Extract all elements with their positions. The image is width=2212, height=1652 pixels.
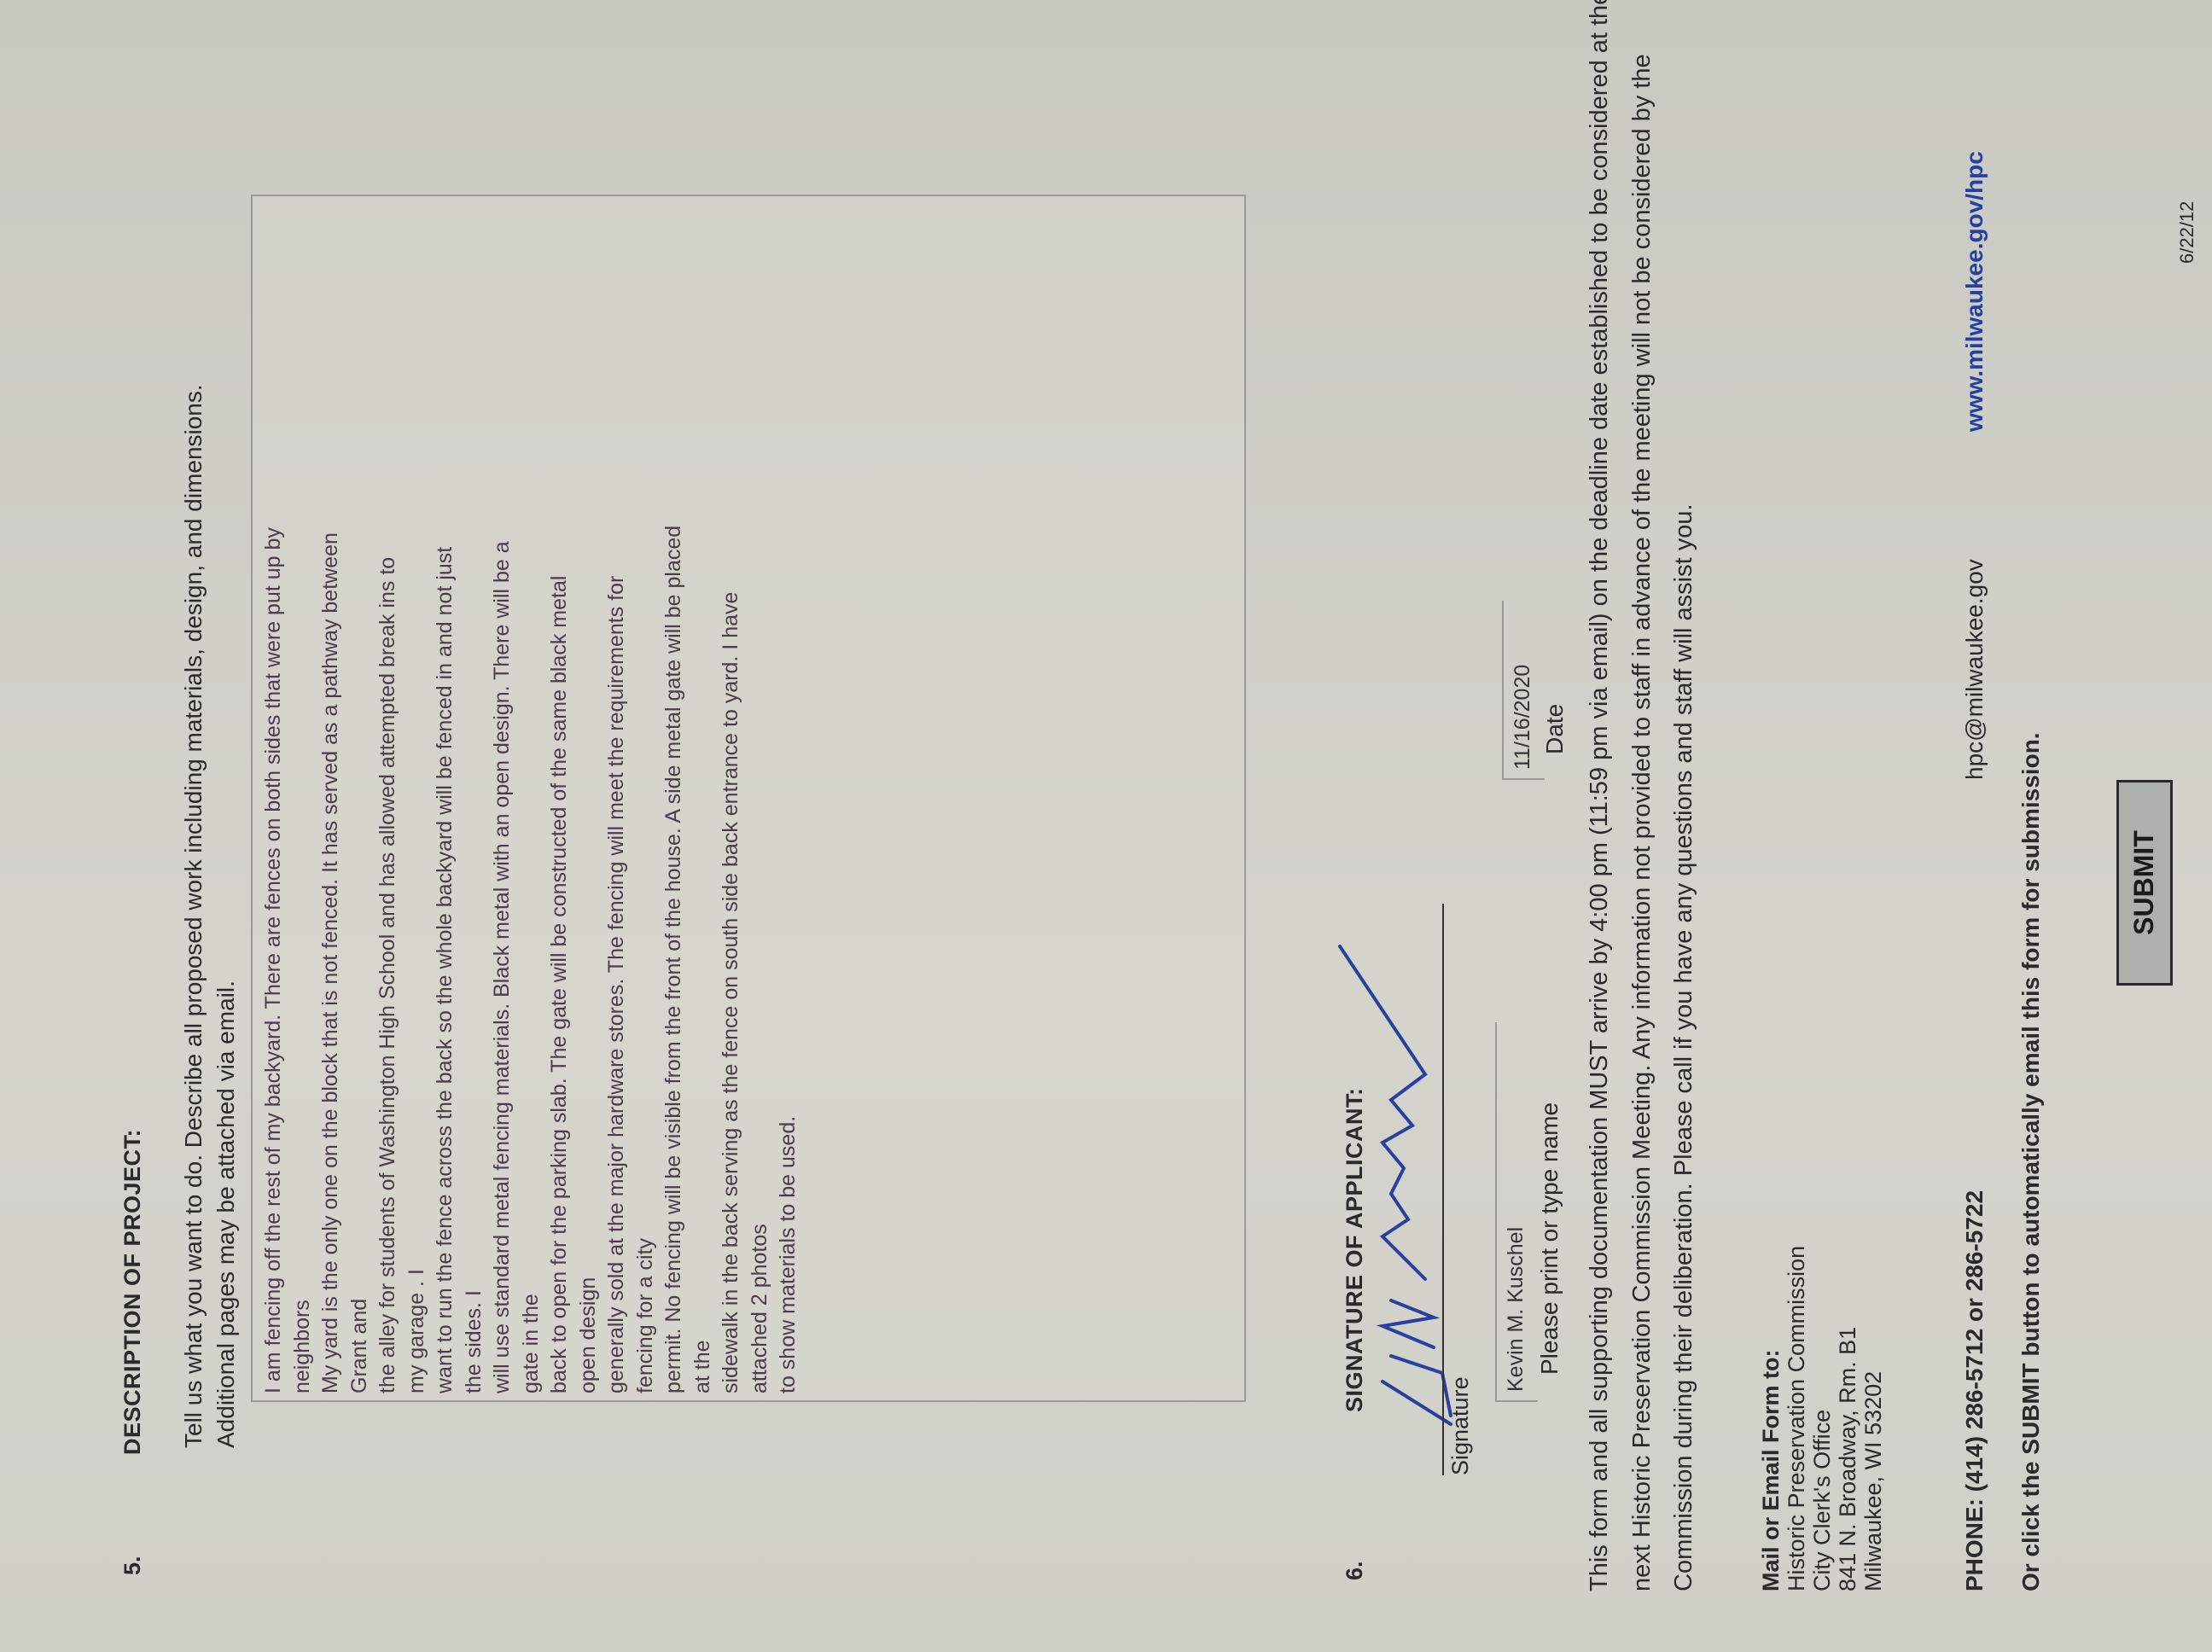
project-description-textarea[interactable]: I am fencing off the rest of my backyard…: [251, 195, 1246, 1402]
form-page: 5. DESCRIPTION OF PROJECT: Tell us what …: [0, 0, 2212, 1652]
section-5-heading: DESCRIPTION OF PROJECT:: [119, 1129, 146, 1455]
address-line: Milwaukee, WI 53202: [1860, 1371, 1886, 1591]
form-revision-date: 6/22/12: [2176, 201, 2198, 264]
submission-deadline-notice: This form and all supporting documentati…: [1579, 0, 1706, 1591]
mailing-address-block: Mail or Email Form to: Historic Preserva…: [1758, 1246, 1886, 1591]
date-field[interactable]: 11/16/2020: [1502, 601, 1545, 780]
date-label: Date: [1541, 704, 1569, 754]
printed-name-field[interactable]: Kevin M. Kuschel: [1495, 1022, 1538, 1402]
signature-label: Signature: [1447, 1376, 1474, 1475]
section-6-number: 6.: [1342, 1561, 1368, 1580]
address-line: Historic Preservation Commission: [1784, 1246, 1809, 1591]
submit-button[interactable]: SUBMIT: [2116, 780, 2173, 986]
mailing-title: Mail or Email Form to:: [1758, 1349, 1784, 1591]
project-description-text: I am fencing off the rest of my backyard…: [259, 523, 803, 1393]
signature-line[interactable]: [1442, 904, 1444, 1475]
phone-number: PHONE: (414) 286-5712 or 286-5722: [1961, 1190, 1988, 1591]
printed-name-value: Kevin M. Kuschel: [1504, 1227, 1528, 1392]
submit-instructions: Or click the SUBMIT button to automatica…: [2017, 732, 2045, 1591]
website-link[interactable]: www.milwaukee.gov/hpc: [1961, 151, 1988, 432]
email-address[interactable]: hpc@milwaukee.gov: [1961, 559, 1988, 780]
section-5-number: 5.: [119, 1556, 146, 1575]
printed-name-label: Please print or type name: [1536, 1102, 1563, 1375]
date-value: 11/16/2020: [1511, 665, 1534, 770]
address-line: 841 N. Broadway, Rm. B1: [1835, 1327, 1860, 1591]
section-5-instructions: Tell us what you want to do. Describe al…: [178, 381, 242, 1448]
address-line: City Clerk's Office: [1809, 1410, 1835, 1591]
